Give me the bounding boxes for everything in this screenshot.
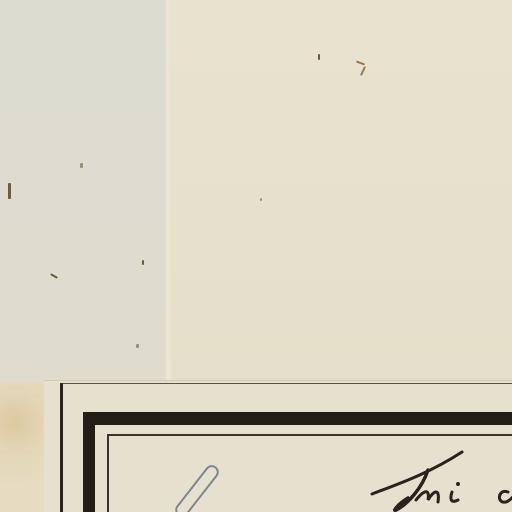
paper-fiber [80, 163, 83, 168]
frame-thick-top-border [83, 412, 512, 425]
paper-fiber [260, 198, 262, 201]
paper-scene [0, 0, 512, 512]
left-paper-sheet [0, 0, 166, 382]
frame-thick-left-border [83, 412, 95, 512]
paper-fiber [8, 183, 11, 199]
stained-paper-strip [0, 382, 44, 512]
document-outer-rule [60, 383, 63, 512]
document-top-edge [60, 383, 512, 384]
frame-inner-top-rule [107, 434, 512, 436]
paper-fiber [318, 54, 320, 60]
paper-fiber [136, 344, 139, 348]
frame-inner-left-rule [107, 434, 109, 512]
paper-fiber [142, 260, 144, 265]
right-paper-sheet [166, 0, 512, 382]
handwritten-script [368, 448, 512, 512]
